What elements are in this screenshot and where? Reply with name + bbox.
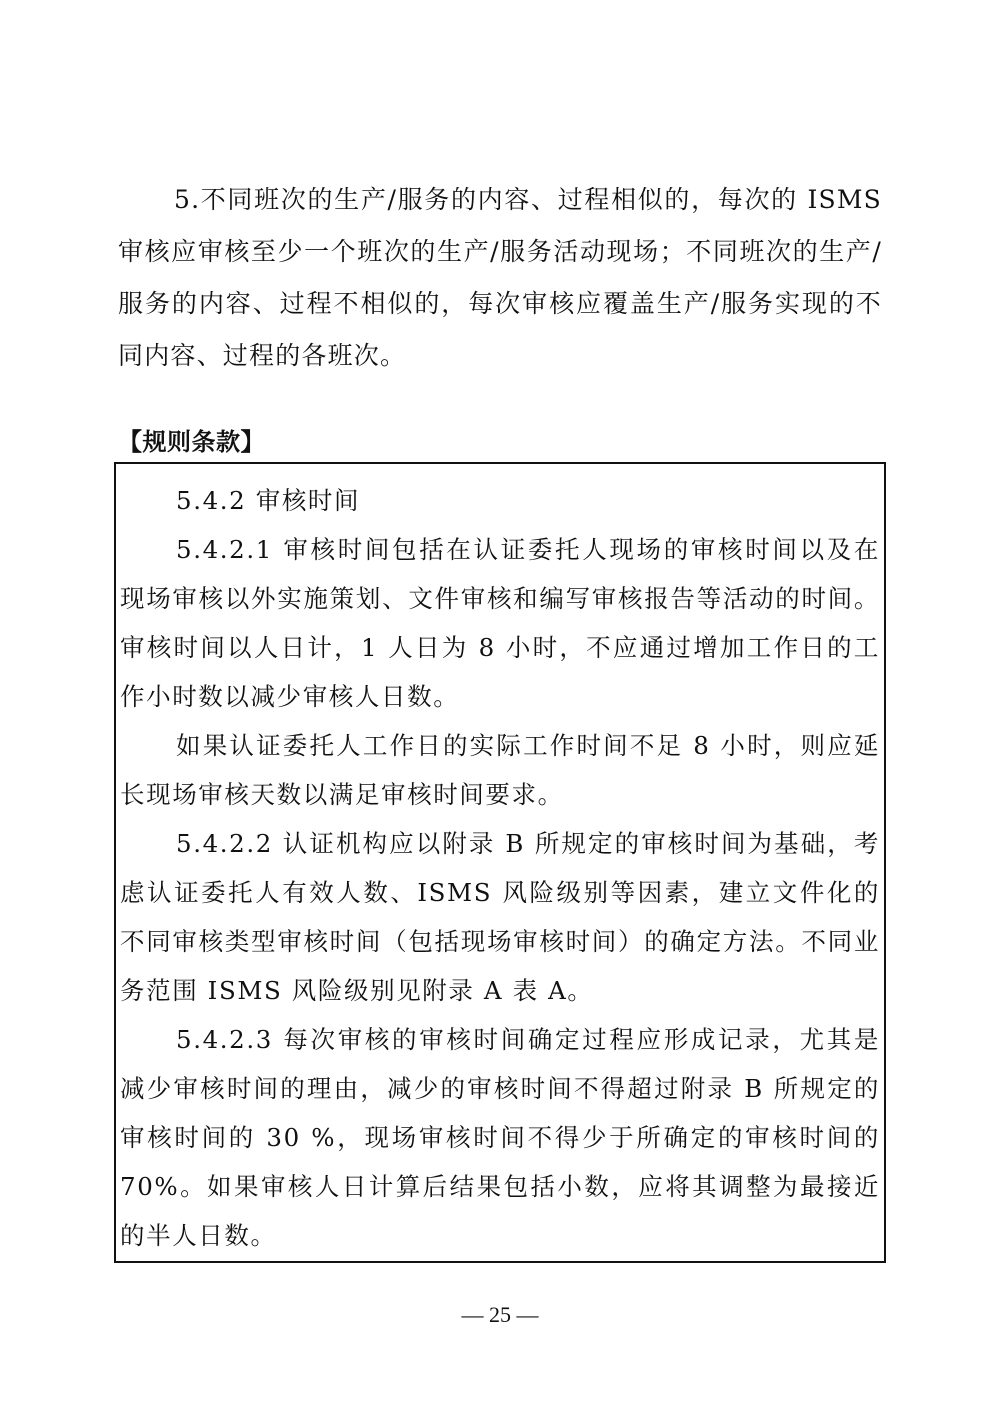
intro-paragraph: 5.不同班次的生产/服务的内容、过程相似的，每次的 ISMS 审核应审核至少一个… <box>118 174 882 382</box>
rules-content: 5.4.2 审核时间 5.4.2.1 审核时间包括在认证委托人现场的审核时间以及… <box>120 476 880 1260</box>
rule-5-4-2-3: 5.4.2.3 每次审核的审核时间确定过程应形成记录，尤其是减少审核时间的理由，… <box>120 1015 880 1260</box>
document-page: 5.不同班次的生产/服务的内容、过程相似的，每次的 ISMS 审核应审核至少一个… <box>0 0 1000 1414</box>
section-heading: 【规则条款】 <box>118 424 265 460</box>
rule-5-4-2-1-supplement: 如果认证委托人工作日的实际工作时间不足 8 小时，则应延长现场审核天数以满足审核… <box>120 721 880 819</box>
rules-box: 5.4.2 审核时间 5.4.2.1 审核时间包括在认证委托人现场的审核时间以及… <box>114 462 886 1263</box>
page-number: — 25 — <box>0 1300 1000 1330</box>
rule-5-4-2-2: 5.4.2.2 认证机构应以附录 B 所规定的审核时间为基础，考虑认证委托人有效… <box>120 819 880 1015</box>
rule-5-4-2-1: 5.4.2.1 审核时间包括在认证委托人现场的审核时间以及在现场审核以外实施策划… <box>120 525 880 721</box>
rule-heading-5-4-2: 5.4.2 审核时间 <box>120 476 880 525</box>
